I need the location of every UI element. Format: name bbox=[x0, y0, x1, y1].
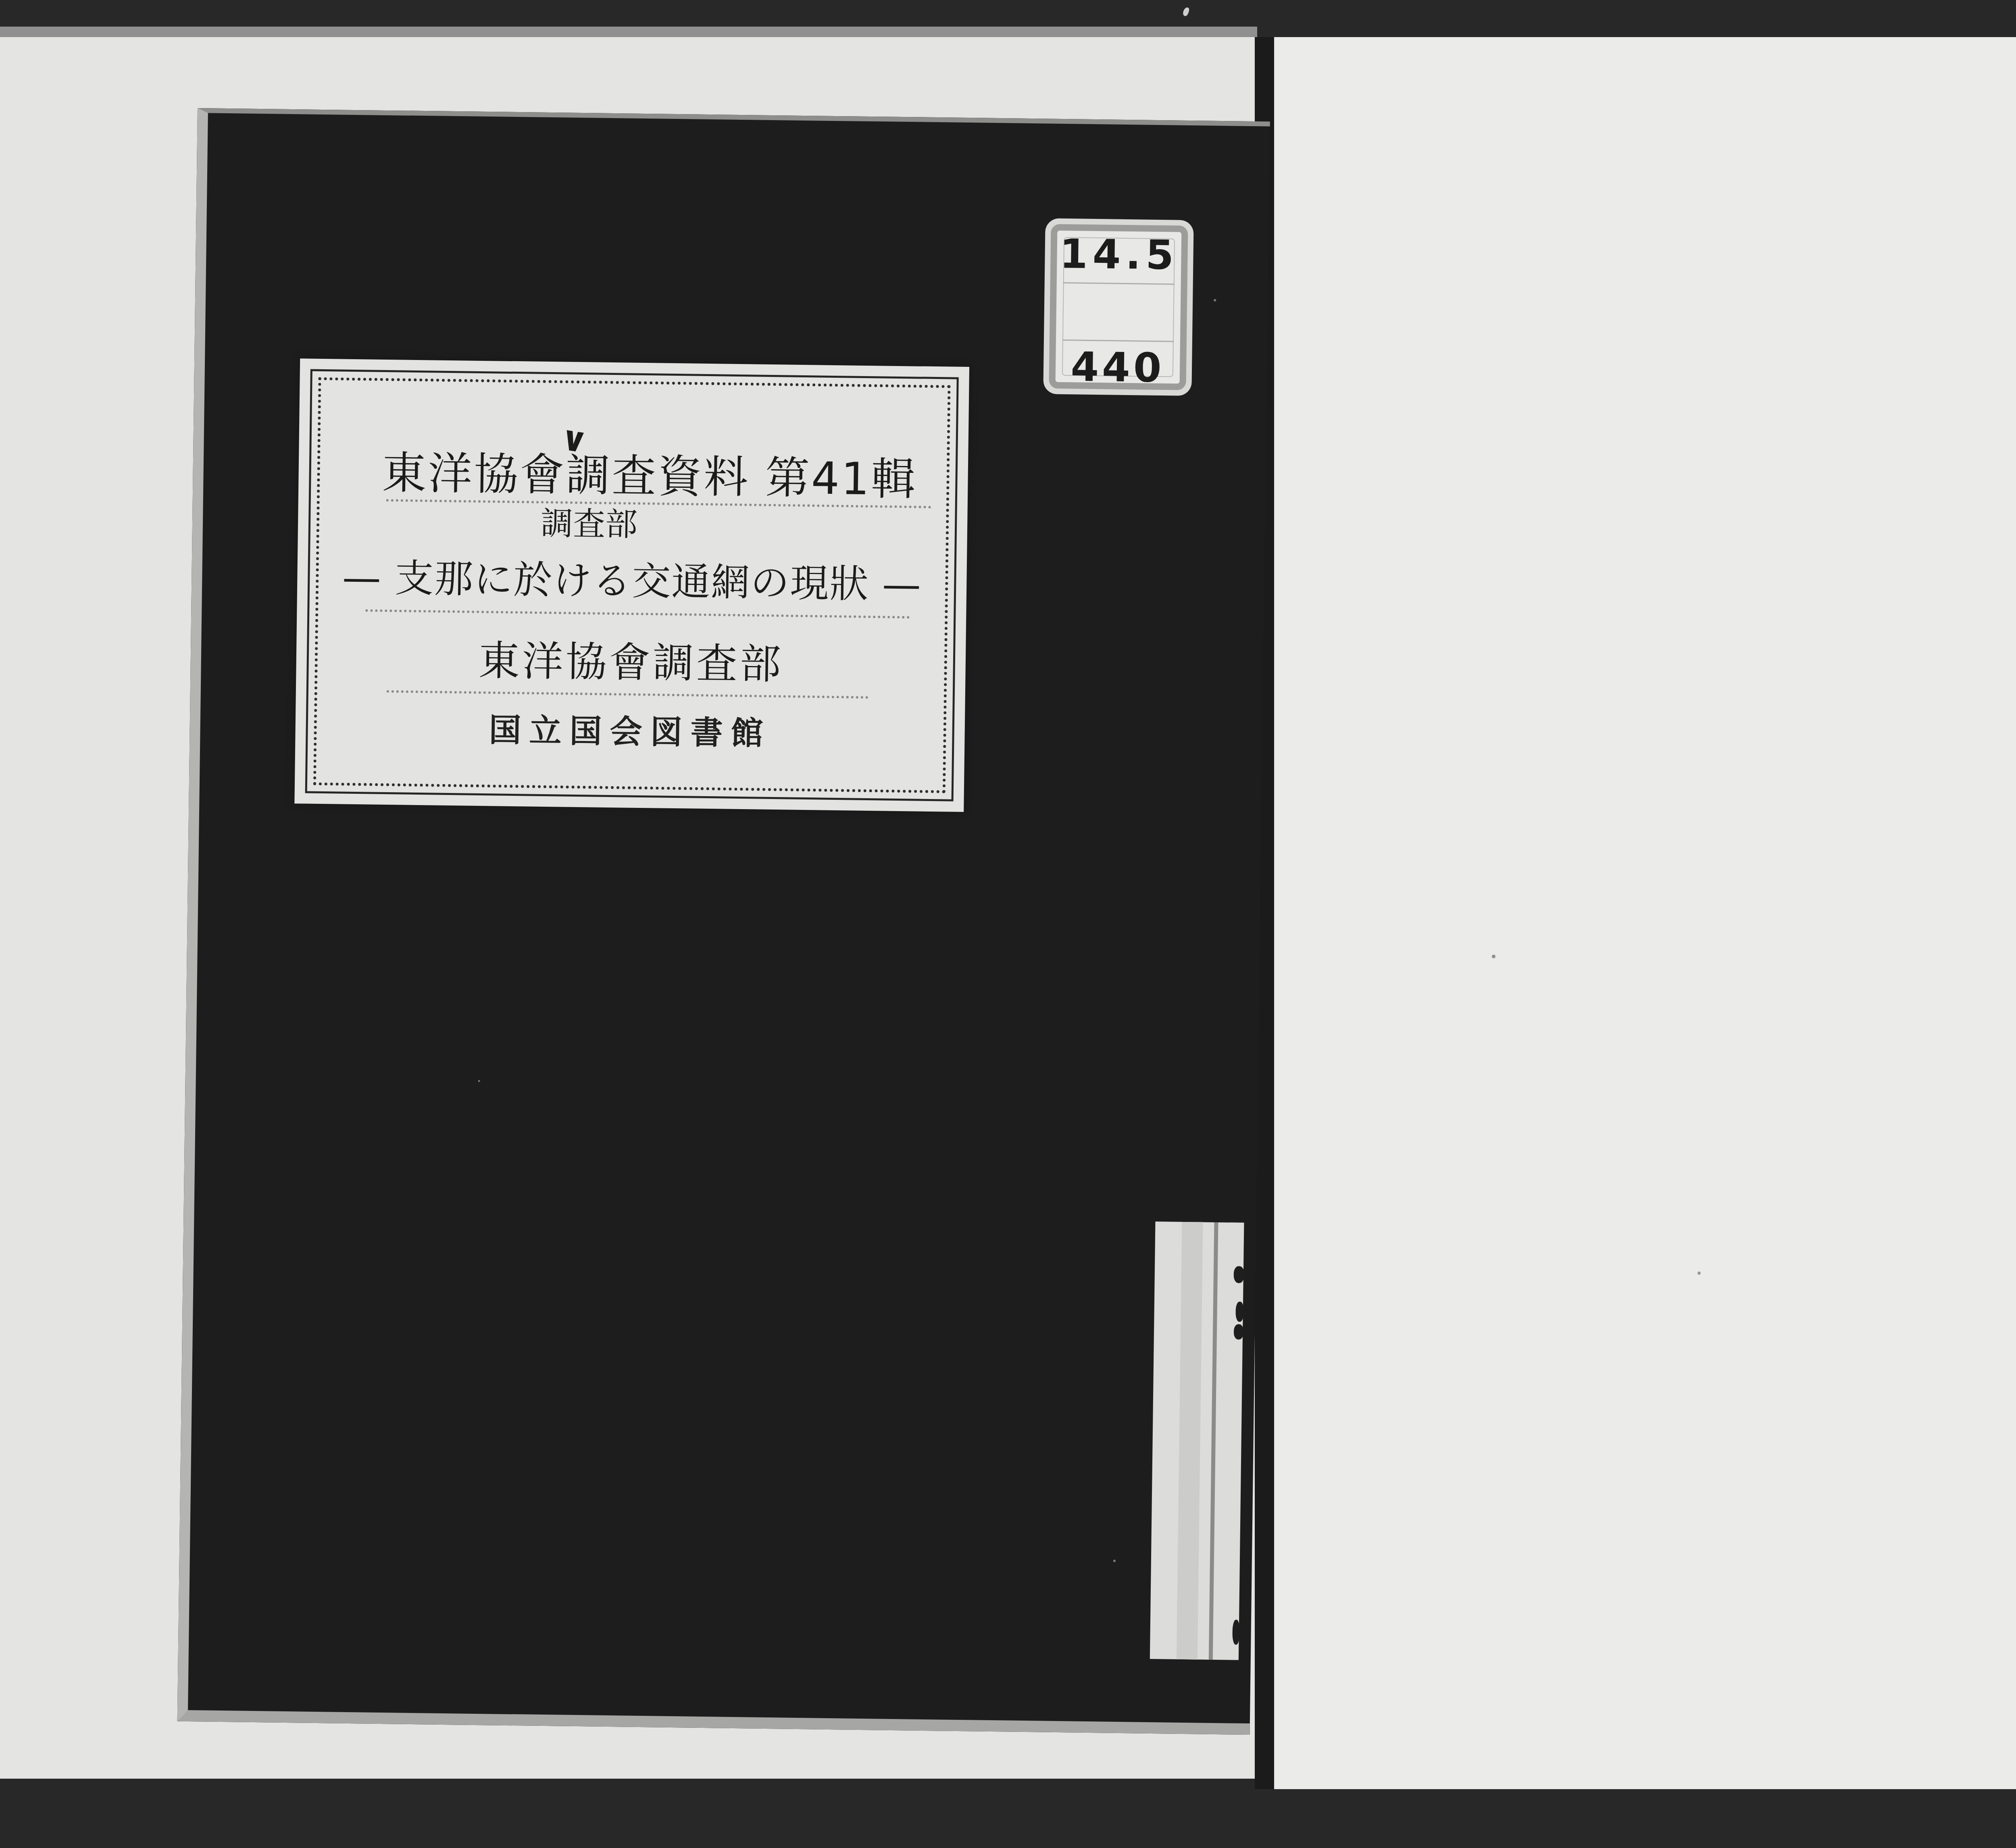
tab-crease-line bbox=[1209, 1222, 1218, 1660]
facing-blank-page bbox=[1274, 37, 2016, 1789]
insertion-caret-mark: ∨ bbox=[558, 420, 590, 458]
label-subtitle-line: — 支那に於ける交通網の現狀 — bbox=[333, 558, 931, 604]
library-stamp: 国立国会図書館 bbox=[416, 713, 844, 751]
film-speck bbox=[1182, 7, 1190, 17]
paper-tab bbox=[1150, 1222, 1244, 1660]
call-number-label: 14.5 440 bbox=[1043, 218, 1193, 396]
call-number-bottom: 440 bbox=[1043, 346, 1192, 389]
insertion-annotation: 調査部 bbox=[537, 508, 642, 541]
title-label: 東洋協會調査資料 第41輯 ∨ 調査部 — 支那に於ける交通網の現狀 — 東洋協… bbox=[294, 358, 969, 812]
book-scan: 東洋協會調査資料 第41輯 ∨ 調査部 — 支那に於ける交通網の現狀 — 東洋協… bbox=[0, 0, 2016, 1848]
tab-edge-mark bbox=[1234, 1266, 1245, 1283]
tab-edge-mark bbox=[1235, 1302, 1244, 1322]
dust-speck bbox=[478, 1080, 480, 1082]
book-front-cover: 東洋協會調査資料 第41輯 ∨ 調査部 — 支那に於ける交通網の現狀 — 東洋協… bbox=[177, 108, 1270, 1735]
dust-speck bbox=[1492, 955, 1495, 958]
tab-edge-mark bbox=[1232, 1620, 1240, 1645]
dust-speck bbox=[1214, 299, 1216, 302]
label-author-line: 東洋協會調査部 bbox=[417, 640, 845, 686]
call-number-top: 14.5 bbox=[1045, 233, 1193, 276]
dust-speck bbox=[1113, 1560, 1116, 1562]
dust-speck bbox=[1697, 1272, 1701, 1275]
tab-shade-band bbox=[1177, 1222, 1203, 1660]
scanner-edge-line bbox=[0, 27, 1257, 37]
tab-edge-mark bbox=[1234, 1324, 1243, 1340]
label-title-line: 東洋協會調査資料 第41輯 bbox=[363, 450, 936, 502]
